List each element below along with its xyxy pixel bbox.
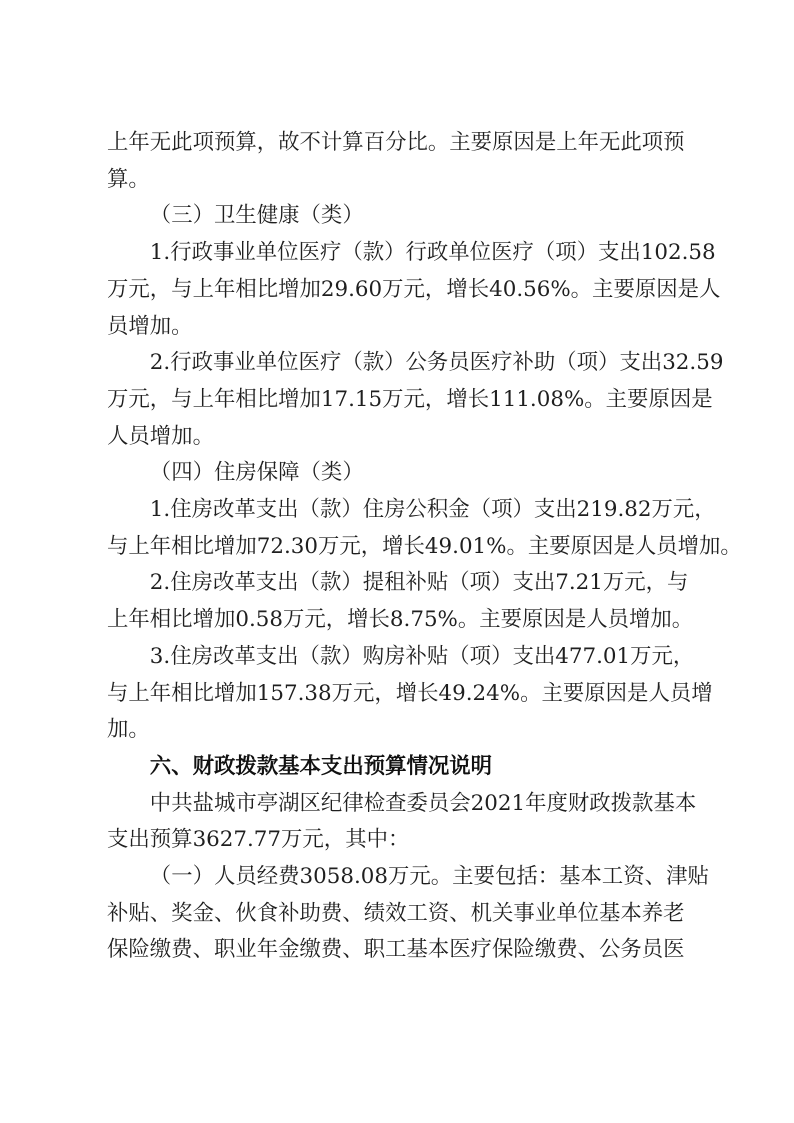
text-line: 与上年相比增加72.30万元，增长49.01%。主要原因是人员增加。 xyxy=(107,529,687,566)
text-line: 3.住房改革支出（款）购房补贴（项）支出477.01万元， xyxy=(107,639,687,676)
text-line: 2.住房改革支出（款）提租补贴（项）支出7.21万元，与 xyxy=(107,565,687,602)
subsection-heading: （四）住房保障（类） xyxy=(107,455,687,492)
text-line: 员增加。 xyxy=(107,309,687,346)
subsection-heading: （三）卫生健康（类） xyxy=(107,198,687,235)
text-line: 中共盐城市亭湖区纪律检查委员会2021年度财政拨款基本 xyxy=(107,786,687,823)
text-line: 1.住房改革支出（款）住房公积金（项）支出219.82万元， xyxy=(107,492,687,529)
text-line: 万元，与上年相比增加17.15万元，增长111.08%。主要原因是 xyxy=(107,382,687,419)
text-line: 上年相比增加0.58万元，增长8.75%。主要原因是人员增加。 xyxy=(107,602,687,639)
text-line: 2.行政事业单位医疗（款）公务员医疗补助（项）支出32.59 xyxy=(107,345,687,382)
text-line: （一）人员经费3058.08万元。主要包括：基本工资、津贴 xyxy=(107,859,687,896)
text-line: 上年无此项预算，故不计算百分比。主要原因是上年无此项预 xyxy=(107,125,687,162)
text-line: 万元，与上年相比增加29.60万元，增长40.56%。主要原因是人 xyxy=(107,272,687,309)
document-text-block: 上年无此项预算，故不计算百分比。主要原因是上年无此项预 算。 （三）卫生健康（类… xyxy=(107,125,687,969)
text-line: 1.行政事业单位医疗（款）行政单位医疗（项）支出102.58 xyxy=(107,235,687,272)
text-line: 保险缴费、职业年金缴费、职工基本医疗保险缴费、公务员医 xyxy=(107,932,687,969)
document-page: 上年无此项预算，故不计算百分比。主要原因是上年无此项预 算。 （三）卫生健康（类… xyxy=(0,0,794,1123)
text-line: 人员增加。 xyxy=(107,419,687,456)
text-line: 与上年相比增加157.38万元，增长49.24%。主要原因是人员增 xyxy=(107,676,687,713)
section-heading: 六、财政拨款基本支出预算情况说明 xyxy=(107,749,687,786)
text-line: 算。 xyxy=(107,162,687,199)
text-line: 加。 xyxy=(107,712,687,749)
text-line: 补贴、奖金、伙食补助费、绩效工资、机关事业单位基本养老 xyxy=(107,896,687,933)
text-line: 支出预算3627.77万元，其中： xyxy=(107,822,687,859)
